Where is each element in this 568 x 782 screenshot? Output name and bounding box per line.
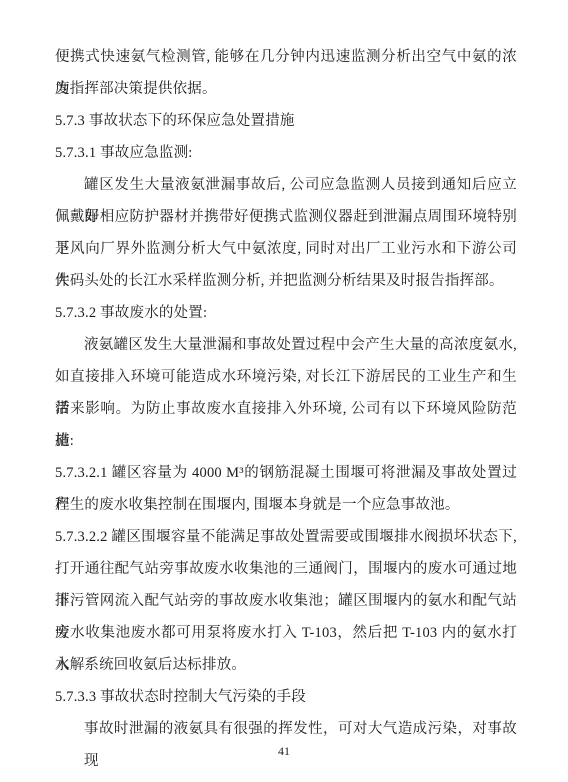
text-line: 5.7.3.1 事故应急监测: <box>55 137 517 169</box>
text-line: 施: <box>55 425 517 457</box>
text-line: 打开通往配气站旁事故废水收集池的三通阀门，围堰内的废水可通过地下 <box>55 553 517 585</box>
text-line: 废水收集池废水都可用泵将废水打入 T-103，然后把 T-103 内的氨水打入 <box>55 617 517 649</box>
document-page: 便携式快速氨气检测管, 能够在几分钟内迅速监测分析出空气中氨的浓度为指挥部决策提… <box>0 0 568 782</box>
text-line: 排污管网流入配气站旁的事故废水收集池；罐区围堰内的氨水和配气站旁 <box>55 585 517 617</box>
document-body: 便携式快速氨气检测管, 能够在几分钟内迅速监测分析出空气中氨的浓度为指挥部决策提… <box>55 41 517 745</box>
text-line: 佩戴好相应防护器材并携带好便携式监测仪器赶到泄漏点周围环境特别是 <box>55 201 517 233</box>
text-line: 产生的废水收集控制在围堰内, 围堰本身就是一个应急事故池。 <box>55 489 517 521</box>
text-line: 水解系统回收氨后达标排放。 <box>55 649 517 681</box>
text-line: 5.7.3.2.1 罐区容量为 4000 M³的钢筋混凝土围堰可将泄漏及事故处置… <box>55 457 517 489</box>
text-line: 5.7.3 事故状态下的环保应急处置措施 <box>55 105 517 137</box>
text-line: 便携式快速氨气检测管, 能够在几分钟内迅速监测分析出空气中氨的浓度 <box>55 41 517 73</box>
text-line: 下风向厂界外监测分析大气中氨浓度, 同时对出厂工业污水和下游公司大 <box>55 233 517 265</box>
text-line: 液氨罐区发生大量泄漏和事故处置过程中会产生大量的高浓度氨水, <box>55 329 517 361</box>
text-line: 件码头处的长江水采样监测分析, 并把监测分析结果及时报告指挥部。 <box>55 265 517 297</box>
text-line: 5.7.3.3 事故状态时控制大气污染的手段 <box>55 681 517 713</box>
page-number: 41 <box>0 744 568 758</box>
text-line: 为指挥部决策提供依据。 <box>55 73 517 105</box>
text-line: 事故时泄漏的液氨具有很强的挥发性，可对大气造成污染，对事故现 <box>55 713 517 745</box>
text-line: 5.7.3.2.2 罐区围堰容量不能满足事故处置需要或围堰排水阀损坏状态下, <box>55 521 517 553</box>
text-line: 罐区发生大量液氨泄漏事故后, 公司应急监测人员接到通知后应立即 <box>55 169 517 201</box>
text-line: 如直接排入环境可能造成水环境污染, 对长江下游居民的工业生产和生活 <box>55 361 517 393</box>
text-line: 带来影响。为防止事故废水直接排入外环境, 公司有以下环境风险防范措 <box>55 393 517 425</box>
text-line: 5.7.3.2 事故废水的处置: <box>55 297 517 329</box>
